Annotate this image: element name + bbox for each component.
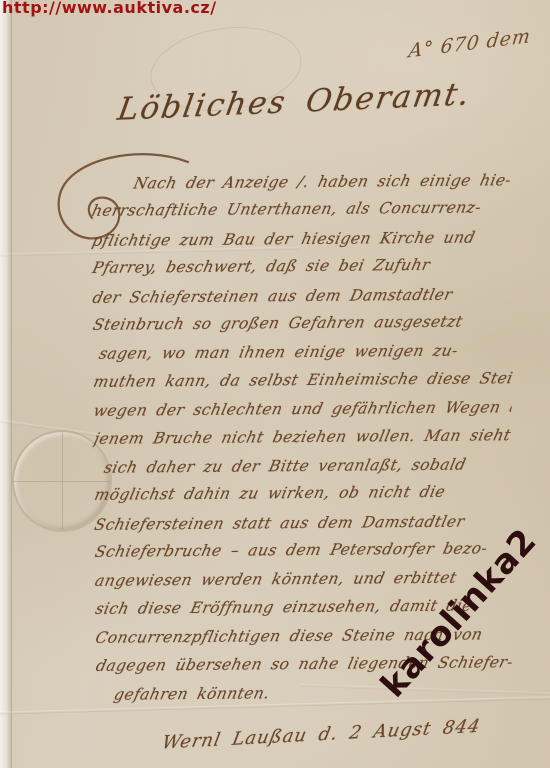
- closing-place-date-line: Wernl Laußau d. 2 Augst 844: [160, 711, 550, 753]
- handwritten-line: Schieferbruche – aus dem Petersdorfer be…: [92, 534, 516, 566]
- paper-left-edge: [0, 0, 12, 768]
- handwritten-line: gefahren könnten.: [111, 677, 517, 709]
- handwritten-line: muthen kann, da selbst Einheimische dies…: [91, 364, 515, 396]
- handwritten-line: herrschaftliche Unterthanen, als Concurr…: [89, 194, 513, 226]
- auction-site-url-watermark: http://www.auktiva.cz/: [2, 0, 217, 17]
- handwritten-line: möglichst dahin zu wirken, ob nicht die: [92, 477, 516, 509]
- handwritten-line: wegen der schlechten und gefährlichen We…: [91, 393, 515, 425]
- handwritten-line: dagegen übersehen so nahe liegenden Schi…: [93, 648, 517, 680]
- handwritten-line: Steinbruch so großen Gefahren ausgesetzt: [90, 307, 514, 339]
- handwritten-line: Pfarrey, beschwert, daß sie bei Zufuhr: [90, 250, 514, 282]
- scanned-letter-page: http://www.auktiva.cz/ A° 670 dem Löblic…: [0, 0, 550, 768]
- handwritten-line: jenem Bruche nicht beziehen wollen. Man …: [91, 421, 515, 453]
- archival-number-annotation: A° 670 dem: [407, 16, 550, 63]
